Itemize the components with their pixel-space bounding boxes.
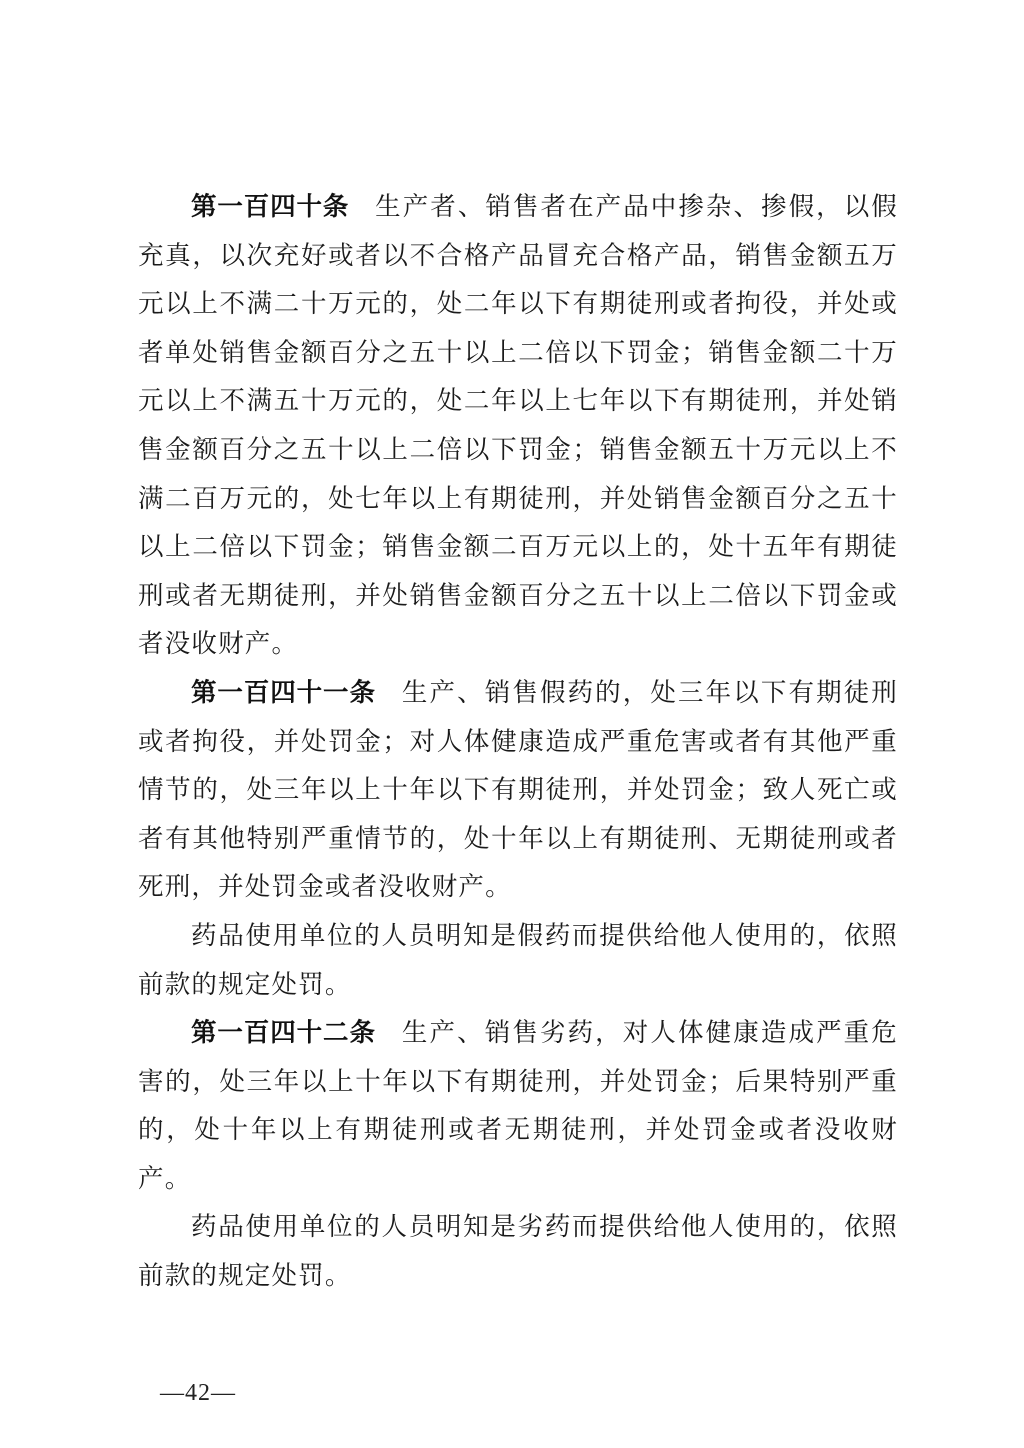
article-text: 生产、销售假药的，处三年以下有期徒刑或者拘役，并处罚金；对人体健康造成严重危害或… bbox=[138, 678, 898, 902]
article-141-clause-2: 药品使用单位的人员明知是假药而提供给他人使用的，依照前款的规定处罚。 bbox=[138, 912, 898, 1009]
article-number: 第一百四十二条 bbox=[191, 1018, 376, 1048]
article-number: 第一百四十一条 bbox=[191, 678, 376, 708]
document-body: 第一百四十条生产者、销售者在产品中掺杂、掺假，以假充真，以次充好或者以不合格产品… bbox=[138, 183, 898, 1301]
article-text: 生产者、销售者在产品中掺杂、掺假，以假充真，以次充好或者以不合格产品冒充合格产品… bbox=[138, 192, 898, 659]
article-text: 药品使用单位的人员明知是劣药而提供给他人使用的，依照前款的规定处罚。 bbox=[138, 1212, 898, 1291]
page-number: —42— bbox=[160, 1380, 236, 1407]
article-text: 药品使用单位的人员明知是假药而提供给他人使用的，依照前款的规定处罚。 bbox=[138, 921, 898, 1000]
article-141-paragraph: 第一百四十一条生产、销售假药的，处三年以下有期徒刑或者拘役，并处罚金；对人体健康… bbox=[138, 669, 898, 912]
article-142-paragraph: 第一百四十二条生产、销售劣药，对人体健康造成严重危害的，处三年以上十年以下有期徒… bbox=[138, 1009, 898, 1203]
article-140-paragraph: 第一百四十条生产者、销售者在产品中掺杂、掺假，以假充真，以次充好或者以不合格产品… bbox=[138, 183, 898, 669]
article-number: 第一百四十条 bbox=[191, 192, 349, 222]
document-page: 第一百四十条生产者、销售者在产品中掺杂、掺假，以假充真，以次充好或者以不合格产品… bbox=[0, 0, 1024, 1448]
article-142-clause-2: 药品使用单位的人员明知是劣药而提供给他人使用的，依照前款的规定处罚。 bbox=[138, 1203, 898, 1300]
